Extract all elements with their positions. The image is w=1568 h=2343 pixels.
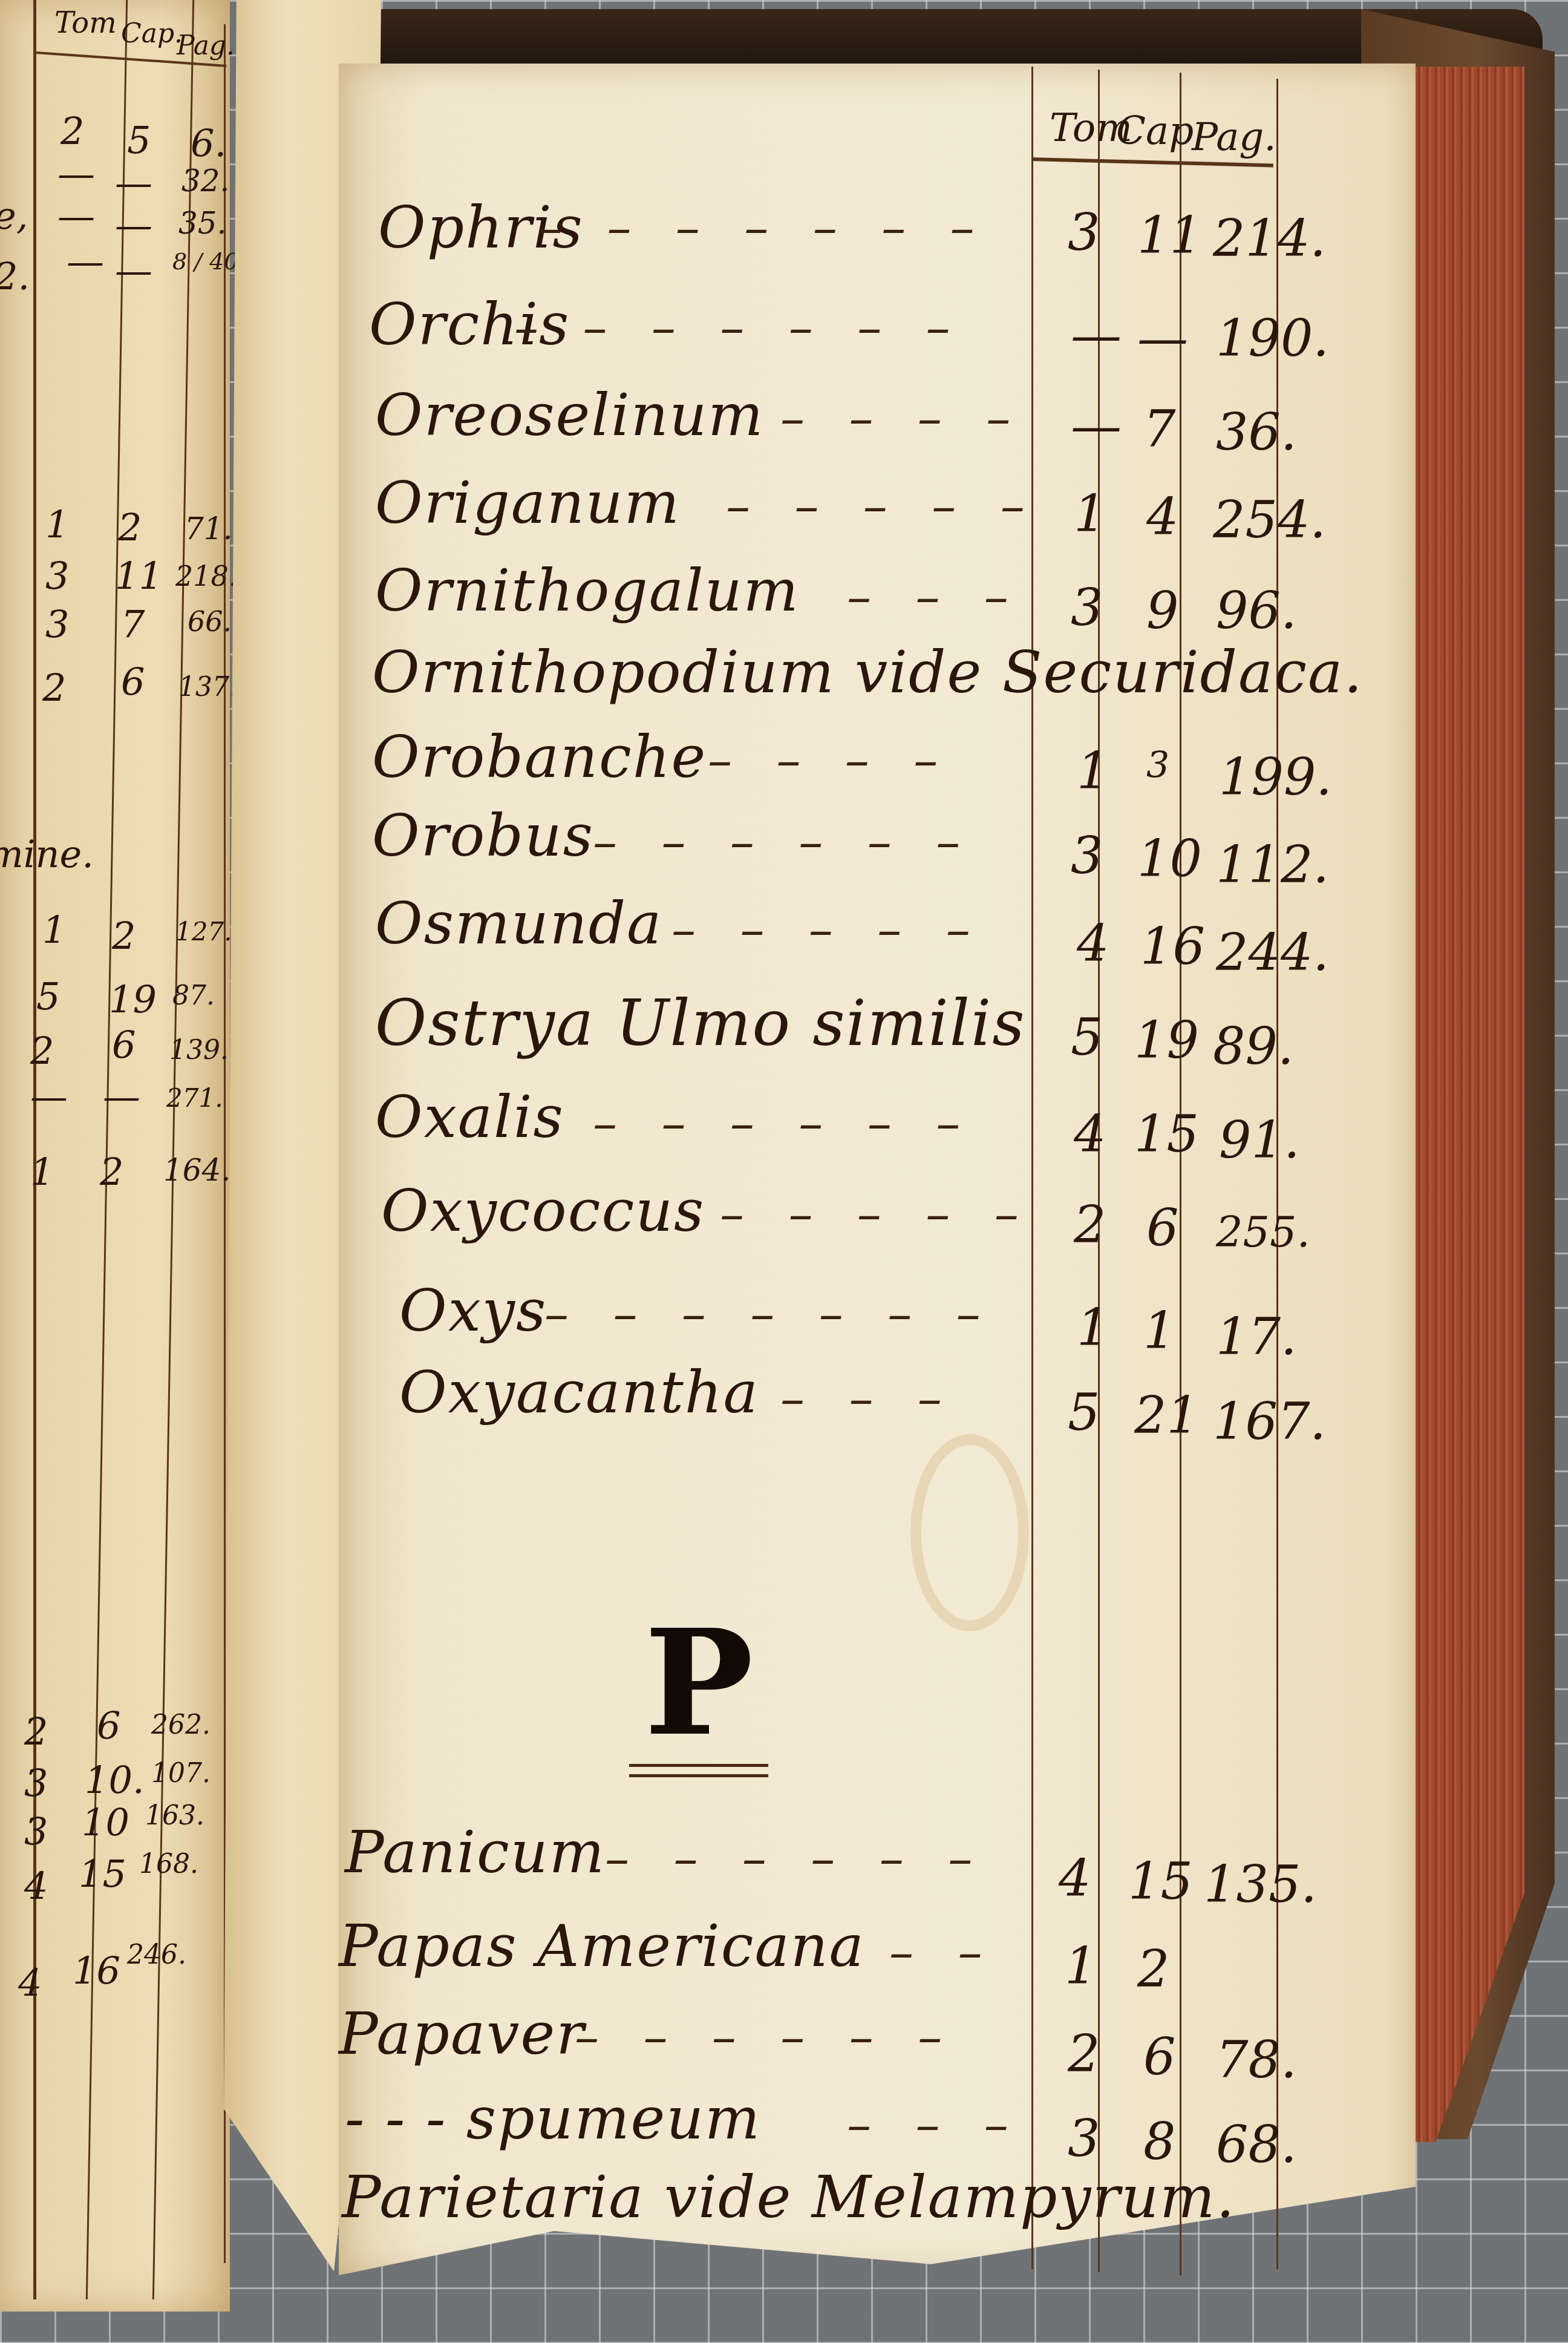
left-header-tom: Tom (54, 6, 117, 40)
left-header-cap: Cap. (121, 18, 183, 49)
section-heading-underline (629, 1774, 768, 1777)
header-cap: Cap (1116, 109, 1194, 154)
faint-offset-letter-O (910, 1434, 1029, 1631)
red-fore-edge (1397, 67, 1524, 2142)
left-name-fragment: mine. (0, 832, 94, 876)
pag-column-rule (1180, 73, 1181, 2275)
left-page: Tom Cap. Pag. e, 2. mine. 256. ——32. ——3… (0, 0, 230, 2312)
tom-column-rule (1031, 67, 1033, 2269)
header-pag: Pag. (1192, 115, 1276, 160)
section-heading-underline (629, 1764, 768, 1767)
section-heading-P: P (644, 1597, 753, 1768)
left-header-pag: Pag. (177, 30, 235, 61)
left-name-fragment: e, (0, 194, 28, 238)
left-name-fragment: 2. (0, 254, 30, 298)
